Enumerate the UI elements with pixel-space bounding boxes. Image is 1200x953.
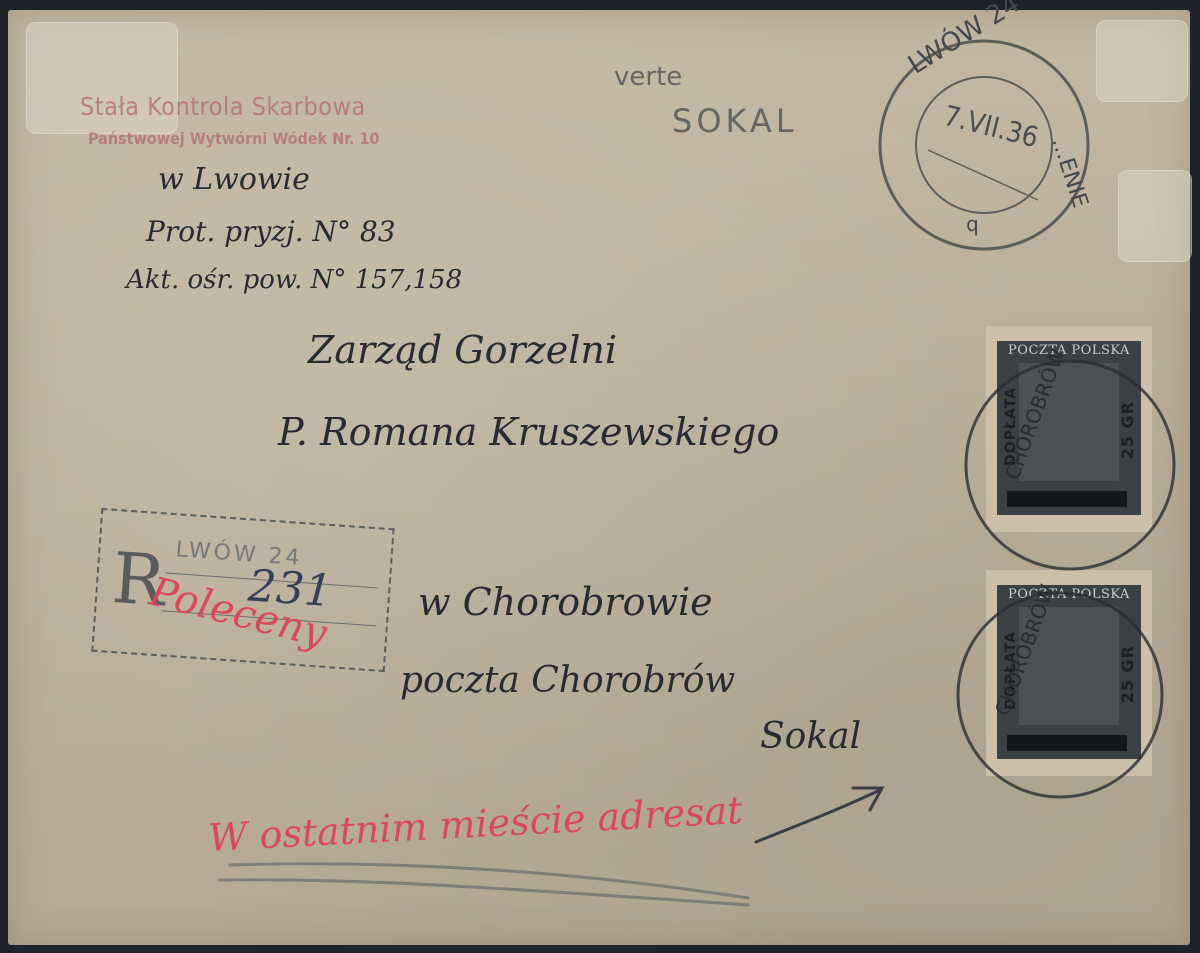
envelope: Stała Kontrola Skarbowa Państwowej Wytwó… — [8, 10, 1190, 945]
